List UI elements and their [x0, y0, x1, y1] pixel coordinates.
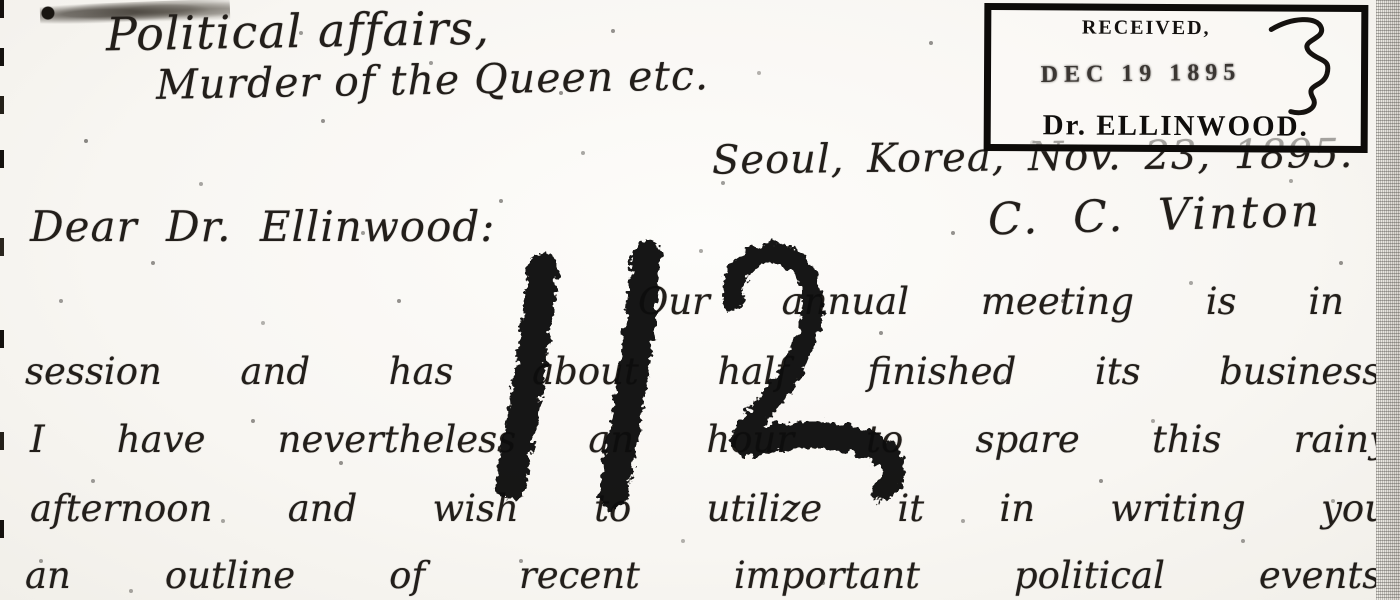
- header-note-political-affairs: Political affairs,: [106, 1, 491, 62]
- stamp-date: DEC 19 1895: [991, 59, 1291, 90]
- received-stamp: RECEIVED, DEC 19 1895 Dr. ELLINWOOD.: [984, 3, 1369, 153]
- scan-edge-marks-left: [0, 0, 4, 18]
- body-line: an outline of recent important political…: [25, 554, 1393, 597]
- signature: C. C. Vinton: [987, 186, 1322, 246]
- scan-edge-noise-right: [1376, 0, 1400, 600]
- clerk-squiggle-mark: [1265, 13, 1356, 123]
- letter-page: Political affairs, Murder of the Queen e…: [0, 0, 1400, 600]
- salutation: Dear Dr. Ellinwood:: [30, 202, 495, 251]
- page-number-112-overlay: [465, 228, 925, 528]
- stamp-received-label: RECEIVED,: [991, 16, 1301, 41]
- header-note-murder-of-queen: Murder of the Queen etc.: [156, 51, 710, 109]
